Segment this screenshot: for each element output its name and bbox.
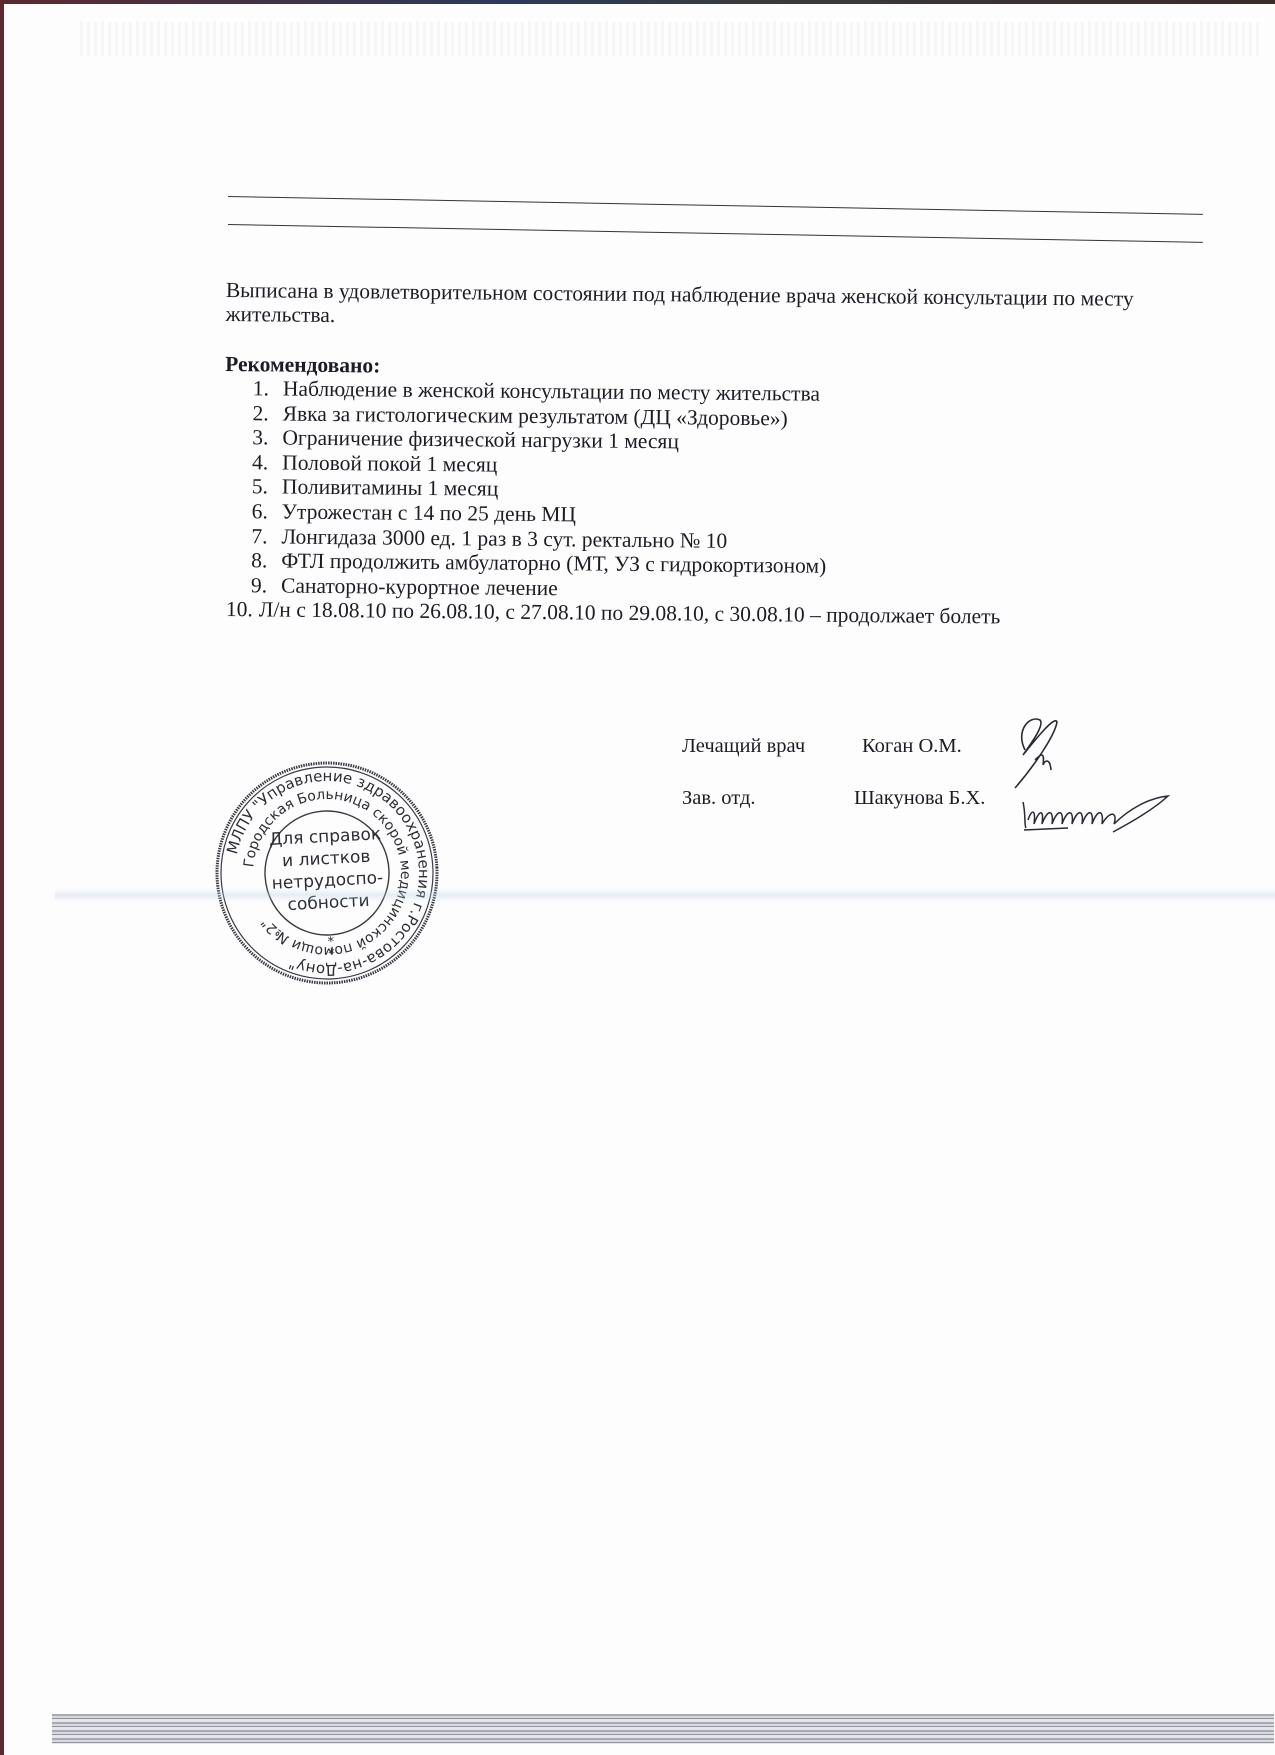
- item-number: 10.: [223, 597, 259, 622]
- paper-fold-mark: [55, 888, 1275, 902]
- item-number: 2.: [225, 401, 283, 426]
- item-number: 5.: [224, 474, 282, 499]
- item-text: Поливитамины 1 месяц: [282, 475, 499, 502]
- item-number: 7.: [223, 524, 281, 549]
- item-text: Ограничение физической нагрузки 1 месяц: [282, 426, 679, 454]
- item-text: Санаторно-курортное лечение: [281, 573, 558, 600]
- signer-role: Зав. отд.: [682, 787, 756, 810]
- blank-line-2: [228, 224, 1203, 243]
- signer-name: Коган О.М.: [862, 735, 962, 758]
- discharge-statement: Выписана в удовлетворительном состоянии …: [226, 278, 1226, 336]
- signer-name: Шакунова Б.Х.: [854, 787, 985, 810]
- document-body: Выписана в удовлетворительном состоянии …: [223, 278, 1226, 632]
- scanner-bottom-strip: [52, 1714, 1274, 1744]
- svg-text:*: *: [328, 947, 336, 962]
- item-number: 6.: [224, 499, 282, 524]
- item-number: 3.: [224, 425, 282, 450]
- handwritten-signature-icon: [1018, 790, 1178, 840]
- attending-physician-row: Лечащий врач Коган О.М.: [682, 735, 1202, 791]
- item-number: 4.: [224, 450, 282, 475]
- item-number: 9.: [223, 573, 281, 598]
- item-text: Половой покой 1 месяц: [282, 450, 497, 477]
- stamp-center-text: Для справок и листков нетрудоспо- собнос…: [262, 823, 392, 917]
- item-number: 1.: [225, 376, 283, 401]
- item-number: 8.: [223, 548, 281, 573]
- blank-line-1: [228, 196, 1203, 215]
- handwritten-signature-icon: [995, 710, 1075, 790]
- recommendations-list: 1.Наблюдение в женской консультации по м…: [223, 376, 1225, 632]
- scan-left-edge: [0, 0, 4, 1755]
- faded-header-bleedthrough: [80, 22, 1260, 56]
- scan-top-edge: [0, 0, 1275, 4]
- item-text: Утрожестан с 14 по 25 день МЦ: [282, 500, 576, 527]
- signer-role: Лечащий врач: [682, 735, 805, 758]
- official-stamp: МЛПУ "Управление здравоохранения г.Росто…: [206, 752, 448, 994]
